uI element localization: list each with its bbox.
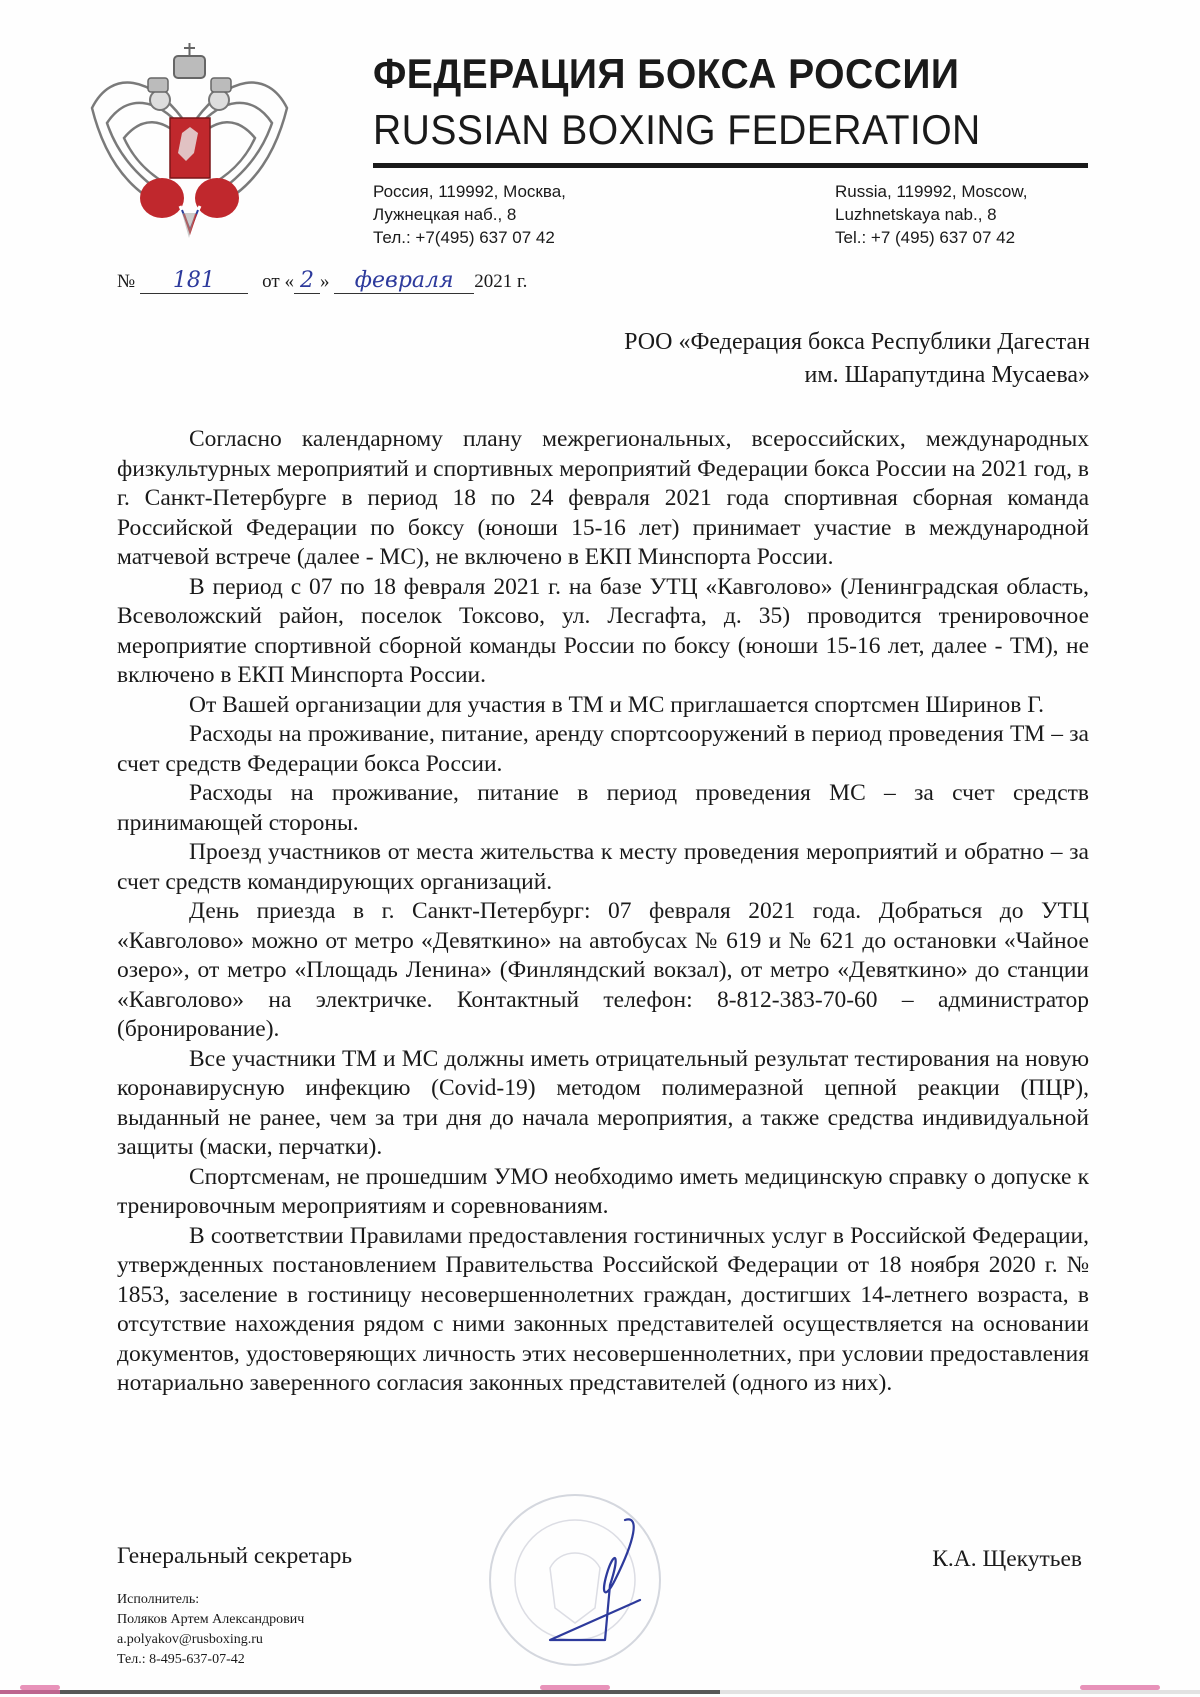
from-label: от: [262, 271, 280, 292]
address-en: Russia, 119992, Moscow, Luzhnetskaya nab…: [835, 180, 1027, 249]
executor-label: Исполнитель:: [117, 1590, 304, 1610]
number-field: 181: [140, 268, 248, 294]
paragraph: День приезда в г. Санкт-Петербург: 07 фе…: [117, 897, 1089, 1045]
year-value: 2021 г.: [474, 271, 527, 292]
footer-mark: [1080, 1685, 1160, 1690]
signatory-name: К.А. Щекутьев: [932, 1546, 1082, 1573]
paragraph: Расходы на проживание, питание, аренду с…: [117, 720, 1089, 779]
handwritten-signature-icon: [530, 1510, 650, 1660]
paragraph: Спортсменам, не прошедшим УМО необходимо…: [117, 1163, 1089, 1222]
address-en-line: Russia, 119992, Moscow,: [835, 180, 1027, 203]
paragraph: Согласно календарному плану межрегиональ…: [117, 425, 1089, 573]
paragraph: В период с 07 по 18 февраля 2021 г. на б…: [117, 573, 1089, 691]
footer-divider: [0, 1690, 1200, 1694]
reference-line: № 181 от «2» февраля2021 г.: [117, 268, 527, 294]
addressee-line: РОО «Федерация бокса Республики Дагестан: [624, 326, 1090, 359]
address-ru-line: Лужнецкая наб., 8: [373, 203, 566, 226]
number-label: №: [117, 271, 135, 292]
addressee: РОО «Федерация бокса Республики Дагестан…: [624, 326, 1090, 392]
federation-emblem-icon: [82, 38, 297, 238]
paragraph: Проезд участников от места жительства к …: [117, 838, 1089, 897]
addressee-line: им. Шарапутдина Мусаева»: [624, 359, 1090, 392]
address-en-line: Luzhnetskaya nab., 8: [835, 203, 1027, 226]
executor-phone: Тел.: 8-495-637-07-42: [117, 1650, 304, 1670]
day-value: 2: [300, 268, 314, 293]
number-value: 181: [173, 268, 215, 293]
executor-name: Поляков Артем Александрович: [117, 1610, 304, 1630]
paragraph: Все участники ТМ и МС должны иметь отриц…: [117, 1045, 1089, 1163]
address-ru-line: Тел.: +7(495) 637 07 42: [373, 226, 566, 249]
address-en-line: Tel.: +7 (495) 637 07 42: [835, 226, 1027, 249]
executor-email[interactable]: a.polyakov@rusboxing.ru: [117, 1630, 304, 1650]
footer-mark: [540, 1685, 610, 1690]
paragraph: В соответствии Правилами предоставления …: [117, 1222, 1089, 1399]
letter-page: ФЕДЕРАЦИЯ БОКСА РОССИИ RUSSIAN BOXING FE…: [0, 0, 1200, 1697]
federation-title-ru: ФЕДЕРАЦИЯ БОКСА РОССИИ: [373, 50, 959, 98]
letter-body: Согласно календарному плану межрегиональ…: [117, 425, 1089, 1399]
address-ru: Россия, 119992, Москва, Лужнецкая наб., …: [373, 180, 566, 249]
address-ru-line: Россия, 119992, Москва,: [373, 180, 566, 203]
footer-mark: [20, 1685, 60, 1690]
executor-block: Исполнитель: Поляков Артем Александрович…: [117, 1590, 304, 1670]
paragraph: От Вашей организации для участия в ТМ и …: [117, 691, 1089, 721]
paragraph: Расходы на проживание, питание в период …: [117, 779, 1089, 838]
federation-title-en: RUSSIAN BOXING FEDERATION: [373, 106, 981, 154]
signatory-position: Генеральный секретарь: [117, 1543, 352, 1570]
header-divider: [373, 163, 1088, 168]
month-value: февраля: [355, 268, 454, 293]
